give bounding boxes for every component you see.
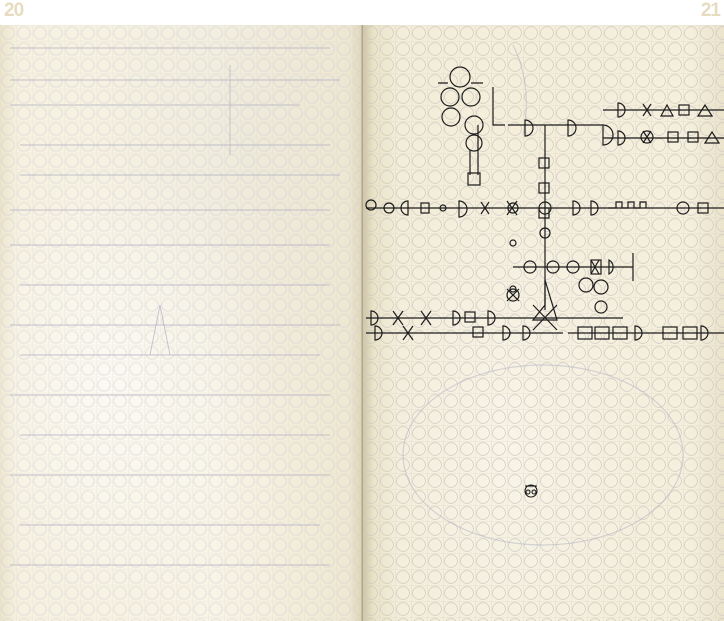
ink-drawing-right: [363, 25, 724, 621]
page-number-left: 20: [4, 0, 23, 22]
page-number-right: 21: [701, 0, 720, 22]
right-notebook-page: [363, 25, 724, 621]
left-notebook-page: [0, 25, 363, 621]
pencil-sketch-left: [0, 25, 363, 621]
